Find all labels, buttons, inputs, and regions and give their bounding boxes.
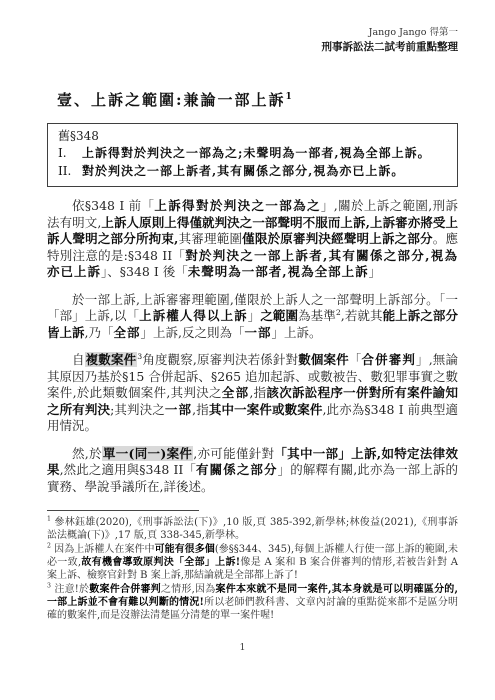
text-run: 一部 xyxy=(165,402,192,417)
text-run: 為基準 xyxy=(298,308,336,323)
text-run: 其中一案件或數案件 xyxy=(209,402,323,417)
text-run: 然,於 xyxy=(72,446,102,461)
text-run: 可能有很多個 xyxy=(155,544,215,555)
statute-item-number: I. xyxy=(58,146,82,162)
text-run: ,若就其 xyxy=(341,308,383,323)
page-header: Jango Jango 得第一 刑事訴訟法二試考前重點整理 xyxy=(47,26,458,55)
text-run: 「 xyxy=(349,352,362,367)
statute-item-number: II. xyxy=(58,164,82,180)
text-run: 一部 xyxy=(245,325,272,340)
text-run: 全部 xyxy=(114,325,141,340)
body-text: 依§348 I 前「上訴得對於判決之一部為之」,關於上訴之範圍,刑訴法有明文,上… xyxy=(47,198,458,495)
text-run: 全部 xyxy=(222,385,250,400)
statute-box: 舊§348 I.上訴得對於判決之一部為之;未聲明為一部者,視為全部上訴。II.對… xyxy=(47,123,458,188)
text-run: 上訴權人得以上訴 xyxy=(139,308,248,323)
text-run: 自 xyxy=(72,352,85,367)
document-page: Jango Jango 得第一 刑事訴訟法二試考前重點整理 壹、上訴之範圍:兼論… xyxy=(0,0,495,700)
text-run: 」 xyxy=(369,264,382,279)
text-run: 複數案件 xyxy=(85,352,138,367)
text-run: ,乃「 xyxy=(85,325,114,340)
statute-item: I.上訴得對於判決之一部為之;未聲明為一部者,視為全部上訴。 xyxy=(58,146,447,162)
text-run: 僅限於原審判決經聲明上訴之部分 xyxy=(242,231,433,246)
footnote: 2 因為上訴權人在案件中可能有很多個(參§§344、345),每個上訴權人行使一… xyxy=(47,543,458,582)
text-run: 之範圍 xyxy=(260,308,298,323)
page-number: 1 xyxy=(0,642,485,653)
footnote-separator xyxy=(47,510,199,511)
statute-item-text: 對於判決之一部上訴者,其有關係之部分,視為亦已上訴。 xyxy=(82,164,447,180)
text-run: 依§348 I 前「 xyxy=(72,198,154,213)
text-run: ,指 xyxy=(249,385,266,400)
statute-item-text: 上訴得對於判決之一部為之;未聲明為一部者,視為全部上訴。 xyxy=(82,146,447,162)
text-run: 」、§348 I 後「 xyxy=(101,264,188,279)
paragraph: 然,於單一(同一)案件,亦可能僅針對「其中一部」上訴,如特定法律效果,然此之適用… xyxy=(47,446,458,496)
text-run: 未聲明為一部者,視為全部上訴 xyxy=(188,264,369,279)
title-footnote-ref: 1 xyxy=(286,92,292,102)
statute-label: 舊§348 xyxy=(58,129,447,145)
text-run: 上訴得對於判決之一部為之 xyxy=(154,198,321,213)
statute-items: I.上訴得對於判決之一部為之;未聲明為一部者,視為全部上訴。II.對於判決之一部… xyxy=(58,146,447,179)
text-run: ,亦可能僅針對 xyxy=(193,446,274,461)
header-author-line: Jango Jango 得第一 xyxy=(47,26,458,40)
section-title-text: 壹、上訴之範圍:兼論一部上訴 xyxy=(57,91,286,109)
text-run: 其審理範圍 xyxy=(178,231,242,246)
section-title: 壹、上訴之範圍:兼論一部上訴1 xyxy=(57,89,458,110)
text-run: 有關係之部分 xyxy=(196,462,278,477)
text-run: ,指 xyxy=(192,402,209,417)
paragraph: 依§348 I 前「上訴得對於判決之一部為之」,關於上訴之範圍,刑訴法有明文,上… xyxy=(47,198,458,281)
text-run: ;其判決之 xyxy=(110,402,165,417)
paragraph: 自複數案件3角度觀察,原審判決若係針對數個案件「合併審判」,無論其原因乃基於§1… xyxy=(47,352,458,435)
text-run: 單一(同一)案件 xyxy=(102,446,193,461)
footnote: 3 注意!於數案件合併審判之情形,因為案件本來就不是同一案件,其本身就是可以明確… xyxy=(47,583,458,622)
text-run: 數個案件 xyxy=(298,352,349,367)
footnote: 1 參林鈺雄(2020),《刑事訴訟法(下)》,10 版,頁 385-392,新… xyxy=(47,516,458,542)
text-run: 注意!於 xyxy=(51,584,89,595)
text-run: 故有機會導致原判決「全部」上訴! xyxy=(81,557,240,568)
text-run: 角度觀察,原審判決若係針對 xyxy=(142,352,298,367)
paragraph: 於一部上訴,上訴審審理範圍,僅限於上訴人之一部聲明上訴部分。「一「部」上訴,以「… xyxy=(47,292,458,342)
text-run: 數案件合併審判 xyxy=(89,584,161,595)
text-run: 」 xyxy=(248,308,261,323)
text-run: ,然此之適用與§348 II「 xyxy=(60,462,196,477)
text-run: 因為上訴權人在案件中 xyxy=(51,544,155,555)
text-run: 合併審判 xyxy=(361,352,416,367)
header-doc-title: 刑事訴訟法二試考前重點整理 xyxy=(47,40,458,55)
text-run: 」上訴。 xyxy=(272,325,322,340)
statute-item: II.對於判決之一部上訴者,其有關係之部分,視為亦已上訴。 xyxy=(58,164,447,180)
footnotes: 1 參林鈺雄(2020),《刑事訴訟法(下)》,10 版,頁 385-392,新… xyxy=(47,516,458,622)
text-run: 」上訴,反之則為「 xyxy=(141,325,245,340)
text-run: 之情形,因為 xyxy=(161,584,216,595)
text-run: 參林鈺雄(2020),《刑事訴訟法(下)》,10 版,頁 385-392,新學林… xyxy=(47,517,458,541)
